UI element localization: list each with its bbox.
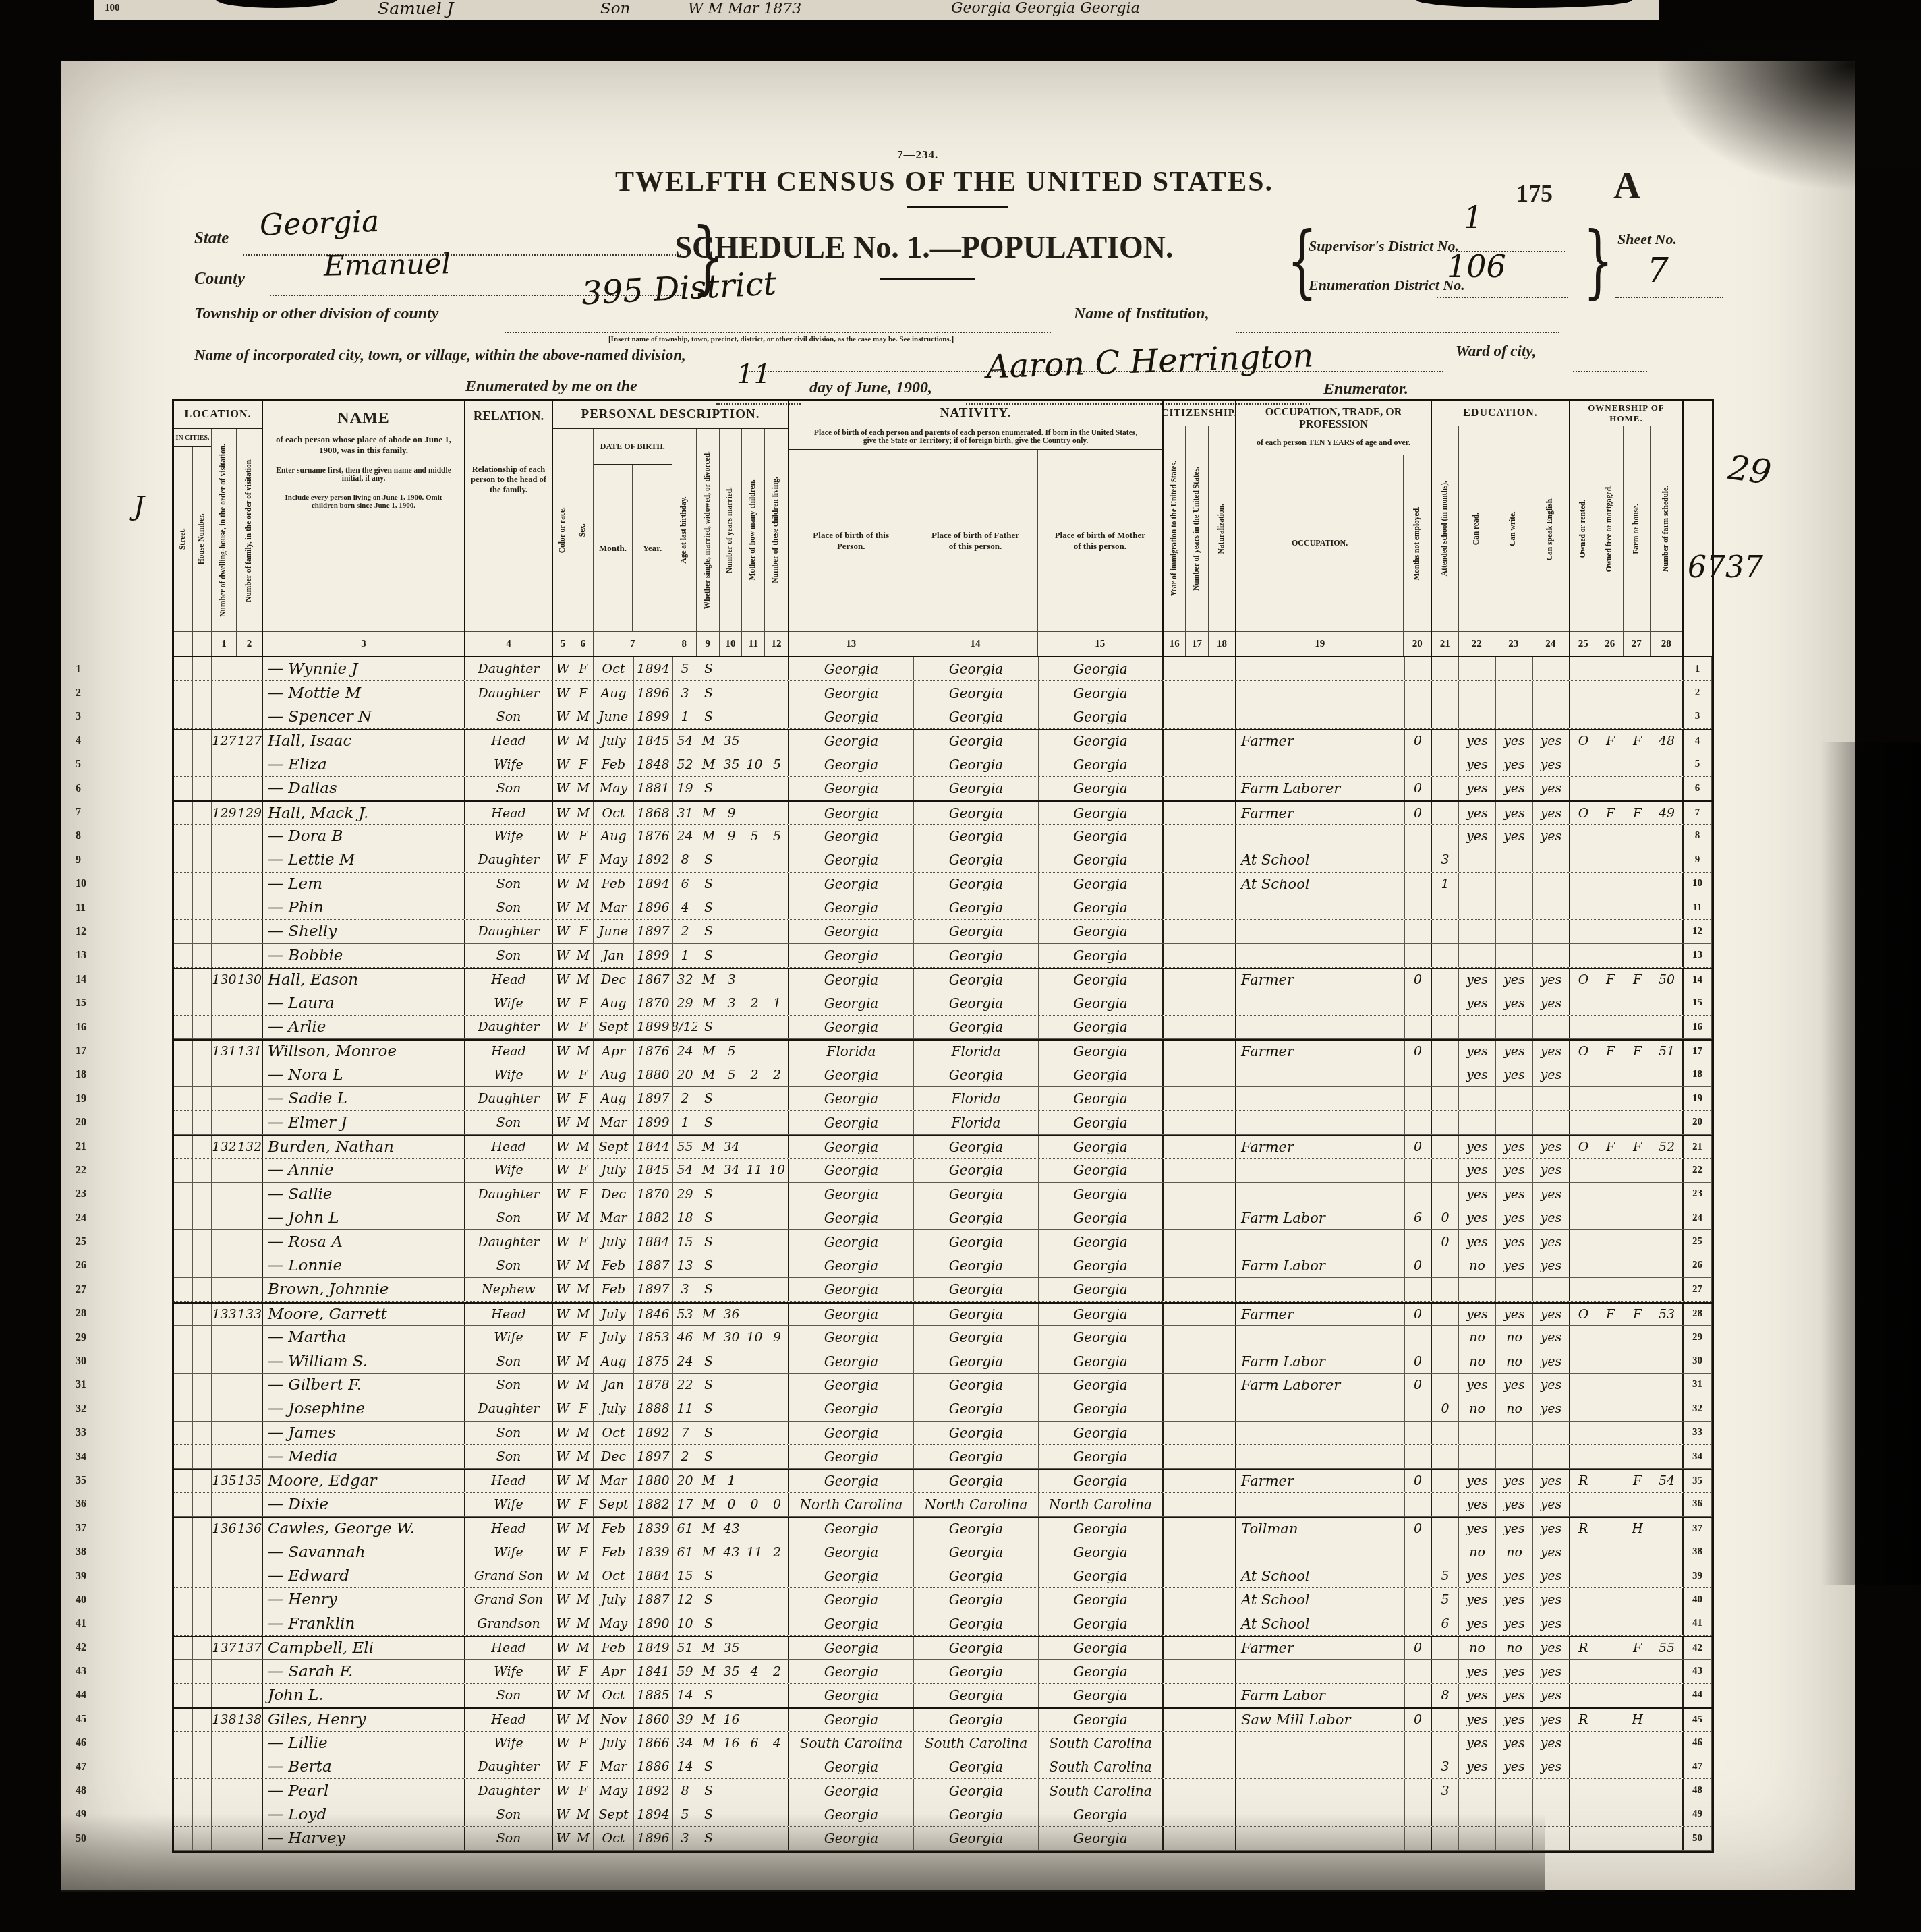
children-living: 2 <box>766 1660 789 1682</box>
naturalization <box>1209 1709 1236 1730</box>
naturalization <box>1209 1827 1236 1850</box>
farm-schedule: 49 <box>1651 802 1684 823</box>
table-row: 129129Hall, Mack J.HeadWMOct186831M9Geor… <box>174 800 1712 824</box>
sheet-label: Sheet No. <box>1617 231 1677 248</box>
home-owned-rented <box>1570 1016 1597 1038</box>
line-number: 48 <box>66 1779 154 1803</box>
free-or-mortgaged <box>1597 1326 1624 1349</box>
occupation <box>1236 657 1405 680</box>
farm-schedule <box>1651 1779 1684 1802</box>
table-row: — BobbieSonWMJan18991SGeorgiaGeorgiaGeor… <box>174 944 1712 968</box>
home-owned-rented <box>1570 1278 1597 1301</box>
can-read: yes <box>1459 1564 1496 1587</box>
mother-of-children <box>743 1445 766 1468</box>
col-number: 23 <box>1495 631 1531 656</box>
age: 31 <box>673 802 697 823</box>
can-read: yes <box>1459 753 1496 776</box>
marital-status: M <box>697 1470 720 1492</box>
birthplace: Georgia <box>789 1518 914 1540</box>
sex: M <box>573 1111 594 1134</box>
can-speak-english: yes <box>1533 1063 1570 1086</box>
attended-school <box>1432 1803 1459 1826</box>
line-number: 34 <box>66 1445 154 1469</box>
mother-birthplace: Georgia <box>1039 991 1164 1014</box>
attended-school: 3 <box>1432 1779 1459 1802</box>
birth-year: 1884 <box>634 1230 673 1253</box>
children-living: 1 <box>766 991 789 1014</box>
free-or-mortgaged <box>1597 1397 1624 1420</box>
mother-of-children <box>743 1349 766 1372</box>
can-speak-english <box>1533 1087 1570 1110</box>
mother-birthplace: Georgia <box>1039 681 1164 704</box>
marital-status: M <box>697 1540 720 1563</box>
col-naturalization: Naturalization. <box>1217 504 1226 554</box>
months-not-employed: 0 <box>1405 1349 1432 1372</box>
age: 20 <box>673 1063 697 1086</box>
age: 61 <box>673 1518 697 1540</box>
can-write: yes <box>1496 969 1533 991</box>
birth-year: 1886 <box>634 1755 673 1778</box>
house <box>193 1016 212 1038</box>
birthplace: Georgia <box>789 1016 914 1038</box>
months-not-employed: 0 <box>1405 1041 1432 1062</box>
farm-or-house: F <box>1624 1470 1651 1492</box>
can-read: yes <box>1459 1660 1496 1682</box>
months-not-employed: 0 <box>1405 1518 1432 1540</box>
birthplace: Georgia <box>789 1304 914 1325</box>
line-number: 7 <box>1684 802 1712 823</box>
mother-of-children <box>743 1470 766 1492</box>
dwelling-number <box>212 896 237 919</box>
line-number: 39 <box>66 1564 154 1588</box>
years-married <box>720 1230 743 1253</box>
birthplace: Georgia <box>789 753 914 776</box>
house <box>193 1588 212 1611</box>
birthplace: Georgia <box>789 1206 914 1229</box>
sex: M <box>573 1422 594 1444</box>
months-not-employed <box>1405 920 1432 943</box>
name: — Martha <box>263 1326 465 1349</box>
home-owned-rented <box>1570 1612 1597 1635</box>
birth-month: May <box>594 1779 634 1802</box>
dwelling-number <box>212 657 237 680</box>
immigration-year <box>1164 1374 1186 1397</box>
sex: F <box>573 1397 594 1420</box>
immigration-year <box>1164 1518 1186 1540</box>
rule <box>1437 297 1568 298</box>
farm-or-house <box>1624 1063 1651 1086</box>
months-not-employed <box>1405 825 1432 848</box>
can-speak-english: yes <box>1533 777 1570 800</box>
age: 39 <box>673 1709 697 1730</box>
age: 61 <box>673 1540 697 1563</box>
relation: Nephew <box>465 1278 553 1301</box>
house <box>193 1422 212 1444</box>
can-read: no <box>1459 1540 1496 1563</box>
birth-year: 1890 <box>634 1612 673 1635</box>
line-number: 37 <box>1684 1518 1712 1540</box>
name: — Phin <box>263 896 465 919</box>
table-row: — DallasSonWMMay188119SGeorgiaGeorgiaGeo… <box>174 777 1712 800</box>
mother-birthplace: Georgia <box>1039 1087 1164 1110</box>
col-farm-house: Farm or house. <box>1632 504 1641 554</box>
children-living <box>766 1254 789 1277</box>
can-read: yes <box>1459 1732 1496 1755</box>
color-race: W <box>553 1111 573 1134</box>
years-married <box>720 1755 743 1778</box>
farm-schedule: 53 <box>1651 1304 1684 1325</box>
mother-of-children <box>743 1709 766 1730</box>
years-in-us <box>1186 1326 1209 1349</box>
can-read <box>1459 944 1496 967</box>
line-number: 16 <box>66 1016 154 1039</box>
relation: Grandson <box>465 1612 553 1635</box>
birth-month: Jan <box>594 944 634 967</box>
census-title: TWELFTH CENSUS OF THE UNITED STATES. <box>472 166 1416 198</box>
farm-schedule: 48 <box>1651 730 1684 752</box>
age: 13 <box>673 1254 697 1277</box>
name: — James <box>263 1422 465 1444</box>
mother-of-children <box>743 1041 766 1062</box>
years-in-us <box>1186 1136 1209 1158</box>
city-label: Name of incorporated city, town, or vill… <box>194 347 686 364</box>
naturalization <box>1209 1397 1236 1420</box>
can-speak-english: yes <box>1533 1349 1570 1372</box>
months-not-employed <box>1405 681 1432 704</box>
can-write: no <box>1496 1540 1533 1563</box>
farm-schedule <box>1651 1016 1684 1038</box>
line-number: 21 <box>66 1135 154 1159</box>
can-speak-english: yes <box>1533 1304 1570 1325</box>
occupation: Farmer <box>1236 1304 1405 1325</box>
birth-month: Oct <box>594 802 634 823</box>
immigration-year <box>1164 1254 1186 1277</box>
table-row: — DixieWifeWFSept188217M000North Carolin… <box>174 1493 1712 1517</box>
birth-year: 1870 <box>634 1183 673 1206</box>
can-speak-english: yes <box>1533 1755 1570 1778</box>
naturalization <box>1209 896 1236 919</box>
years-married: 34 <box>720 1159 743 1181</box>
can-speak-english: yes <box>1533 825 1570 848</box>
relation: Son <box>465 705 553 728</box>
family-number <box>237 1016 263 1038</box>
mother-of-children <box>743 1422 766 1444</box>
family-number <box>237 1779 263 1802</box>
family-number <box>237 1063 263 1086</box>
birth-month: Feb <box>594 1254 634 1277</box>
table-row: — LoydSonWMSept18945SGeorgiaGeorgiaGeorg… <box>174 1803 1712 1827</box>
free-or-mortgaged <box>1597 1732 1624 1755</box>
can-speak-english: yes <box>1533 1540 1570 1563</box>
ink-blot <box>216 0 337 8</box>
years-in-us <box>1186 1637 1209 1659</box>
col-number: 10 <box>720 631 742 656</box>
birthplace: Georgia <box>789 802 914 823</box>
years-in-us <box>1186 1470 1209 1492</box>
home-owned-rented <box>1570 1254 1597 1277</box>
occupation-instructions: of each person TEN YEARS of age and over… <box>1243 438 1424 448</box>
line-number: 49 <box>66 1803 154 1827</box>
birth-month: Sept <box>594 1493 634 1516</box>
color-race: W <box>553 681 573 704</box>
mother-of-children <box>743 1564 766 1587</box>
years-married <box>720 1588 743 1611</box>
immigration-year <box>1164 991 1186 1014</box>
group-education: EDUCATION. Attended school (in months).2… <box>1432 401 1570 656</box>
marital-status: M <box>697 1326 720 1349</box>
sex: M <box>573 1612 594 1635</box>
children-living <box>766 1803 789 1826</box>
relation: Grand Son <box>465 1588 553 1611</box>
father-birthplace: Georgia <box>914 1304 1039 1325</box>
home-owned-rented <box>1570 825 1597 848</box>
street <box>174 1111 193 1134</box>
house <box>193 1732 212 1755</box>
immigration-year <box>1164 825 1186 848</box>
birth-month: Aug <box>594 1349 634 1372</box>
relation: Head <box>465 1304 553 1325</box>
family-number <box>237 991 263 1014</box>
immigration-year <box>1164 920 1186 943</box>
can-speak-english <box>1533 873 1570 896</box>
can-write: no <box>1496 1637 1533 1659</box>
mother-birthplace: Georgia <box>1039 1827 1164 1850</box>
occupation <box>1236 1827 1405 1850</box>
marital-status: M <box>697 1732 720 1755</box>
occupation: At School <box>1236 848 1405 871</box>
immigration-year <box>1164 1304 1186 1325</box>
attended-school <box>1432 657 1459 680</box>
col-number: 21 <box>1432 631 1458 656</box>
children-living: 9 <box>766 1326 789 1349</box>
dwelling-number <box>212 1755 237 1778</box>
birthplace: Georgia <box>789 920 914 943</box>
free-or-mortgaged <box>1597 1518 1624 1540</box>
home-owned-rented <box>1570 1660 1597 1682</box>
line-number: 31 <box>66 1374 154 1397</box>
age: 2 <box>673 920 697 943</box>
color-race: W <box>553 1041 573 1062</box>
can-write <box>1496 1827 1533 1850</box>
color-race: W <box>553 1159 573 1181</box>
can-read: yes <box>1459 1588 1496 1611</box>
can-read: no <box>1459 1397 1496 1420</box>
table-row: — SallieDaughterWFDec187029SGeorgiaGeorg… <box>174 1183 1712 1206</box>
can-speak-english: yes <box>1533 730 1570 752</box>
farm-or-house <box>1624 1087 1651 1110</box>
years-in-us <box>1186 753 1209 776</box>
line-number: 40 <box>1684 1588 1712 1611</box>
col-years-in-us: Number of years in the United States. <box>1193 467 1201 591</box>
county-label: County <box>194 270 245 289</box>
years-in-us <box>1186 848 1209 871</box>
occupation <box>1236 1111 1405 1134</box>
street <box>174 1087 193 1110</box>
mother-of-children <box>743 705 766 728</box>
line-number: 26 <box>66 1254 154 1278</box>
name: — Sallie <box>263 1183 465 1206</box>
line-number: 26 <box>1684 1254 1712 1277</box>
free-or-mortgaged <box>1597 1612 1624 1635</box>
marital-status: S <box>697 944 720 967</box>
age: 18 <box>673 1206 697 1229</box>
children-living <box>766 1374 789 1397</box>
birth-month: July <box>594 1304 634 1325</box>
street <box>174 1374 193 1397</box>
street <box>174 848 193 871</box>
immigration-year <box>1164 1349 1186 1372</box>
children-living <box>766 1041 789 1062</box>
naturalization <box>1209 969 1236 991</box>
house <box>193 825 212 848</box>
can-write: yes <box>1496 1588 1533 1611</box>
table-row: — BertaDaughterWFMar188614SGeorgiaGeorgi… <box>174 1755 1712 1779</box>
table-row: 131131Willson, MonroeHeadWMApr187624M5Fl… <box>174 1039 1712 1063</box>
age: 8 <box>673 1779 697 1802</box>
free-or-mortgaged <box>1597 1637 1624 1659</box>
birth-month: Oct <box>594 1564 634 1587</box>
can-write: yes <box>1496 802 1533 823</box>
can-read: yes <box>1459 1493 1496 1516</box>
free-or-mortgaged <box>1597 873 1624 896</box>
line-number: 35 <box>66 1469 154 1492</box>
dwelling-number <box>212 1254 237 1277</box>
attended-school: 5 <box>1432 1564 1459 1587</box>
color-race: W <box>553 825 573 848</box>
can-write: no <box>1496 1326 1533 1349</box>
home-owned-rented: O <box>1570 1041 1597 1062</box>
house <box>193 1326 212 1349</box>
can-read <box>1459 681 1496 704</box>
mother-of-children <box>743 848 766 871</box>
can-read: yes <box>1459 1612 1496 1635</box>
marital-status: S <box>697 1374 720 1397</box>
name: — Berta <box>263 1755 465 1778</box>
sex: M <box>573 873 594 896</box>
table-row: — JamesSonWMOct18927SGeorgiaGeorgiaGeorg… <box>174 1422 1712 1445</box>
can-write: yes <box>1496 1304 1533 1325</box>
line-number: 49 <box>1684 1803 1712 1826</box>
name: — Laura <box>263 991 465 1014</box>
name: — Nora L <box>263 1063 465 1086</box>
table-row: Brown, JohnnieNephewWMFeb18973SGeorgiaGe… <box>174 1278 1712 1301</box>
dwelling-number <box>212 1159 237 1181</box>
birthplace: Georgia <box>789 777 914 800</box>
occupation: At School <box>1236 1564 1405 1587</box>
mother-birthplace: Georgia <box>1039 657 1164 680</box>
birthplace: Georgia <box>789 1183 914 1206</box>
house <box>193 1470 212 1492</box>
mother-of-children <box>743 1803 766 1826</box>
dwelling-number <box>212 848 237 871</box>
farm-schedule <box>1651 1349 1684 1372</box>
relation: Head <box>465 802 553 823</box>
attended-school <box>1432 753 1459 776</box>
line-number: 44 <box>66 1684 154 1707</box>
name: Giles, Henry <box>263 1709 465 1730</box>
street <box>174 1349 193 1372</box>
name: — Rosa A <box>263 1230 465 1253</box>
can-write <box>1496 1422 1533 1444</box>
birth-month: Aug <box>594 991 634 1014</box>
dwelling-number <box>212 1063 237 1086</box>
attended-school <box>1432 1374 1459 1397</box>
mother-of-children <box>743 1136 766 1158</box>
line-number: 22 <box>1684 1159 1712 1181</box>
name: — Lonnie <box>263 1254 465 1277</box>
marital-status: S <box>697 1588 720 1611</box>
can-speak-english: yes <box>1533 753 1570 776</box>
can-write <box>1496 1803 1533 1826</box>
children-living <box>766 1709 789 1730</box>
home-owned-rented <box>1570 1374 1597 1397</box>
table-row: — Elmer JSonWMMar18991SGeorgiaFloridaGeo… <box>174 1111 1712 1134</box>
father-birthplace: Georgia <box>914 1827 1039 1850</box>
father-birthplace: Georgia <box>914 944 1039 967</box>
birth-year: 1882 <box>634 1206 673 1229</box>
can-read: yes <box>1459 1159 1496 1181</box>
name: — Elmer J <box>263 1111 465 1134</box>
house <box>193 1136 212 1158</box>
house <box>193 848 212 871</box>
birthplace: Georgia <box>789 944 914 967</box>
years-married <box>720 1206 743 1229</box>
birth-month: Mar <box>594 1111 634 1134</box>
relation: Grand Son <box>465 1564 553 1587</box>
marital-status: S <box>697 1254 720 1277</box>
months-not-employed <box>1405 1278 1432 1301</box>
relation: Son <box>465 1422 553 1444</box>
street <box>174 1732 193 1755</box>
farm-schedule <box>1651 1063 1684 1086</box>
relation: Son <box>465 1445 553 1468</box>
age: 14 <box>673 1755 697 1778</box>
years-in-us <box>1186 825 1209 848</box>
immigration-year <box>1164 1278 1186 1301</box>
farm-or-house: F <box>1624 802 1651 823</box>
attended-school <box>1432 920 1459 943</box>
age: 1 <box>673 1111 697 1134</box>
name: — Wynnie J <box>263 657 465 680</box>
mother-of-children: 2 <box>743 991 766 1014</box>
col-number: 14 <box>913 631 1037 656</box>
naturalization <box>1209 1183 1236 1206</box>
sex: M <box>573 1206 594 1229</box>
immigration-year <box>1164 705 1186 728</box>
mother-birthplace: Georgia <box>1039 1564 1164 1587</box>
line-number: 18 <box>66 1063 154 1087</box>
occupation <box>1236 1803 1405 1826</box>
birth-month: Feb <box>594 1540 634 1563</box>
months-not-employed <box>1405 1588 1432 1611</box>
line-number: 15 <box>1684 991 1712 1014</box>
line-number: 41 <box>66 1612 154 1636</box>
table-row: — PhinSonWMMar18964SGeorgiaGeorgiaGeorgi… <box>174 896 1712 920</box>
home-owned-rented <box>1570 1803 1597 1826</box>
years-married: 3 <box>720 991 743 1014</box>
farm-schedule <box>1651 1612 1684 1635</box>
dwelling-number <box>212 1564 237 1587</box>
children-living: 5 <box>766 825 789 848</box>
attended-school <box>1432 1063 1459 1086</box>
table-row: 130130Hall, EasonHeadWMDec186732M3Georgi… <box>174 968 1712 991</box>
color-race: W <box>553 944 573 967</box>
line-number: 13 <box>66 944 154 968</box>
years-in-us <box>1186 1564 1209 1587</box>
occupation: Farmer <box>1236 1470 1405 1492</box>
farm-schedule <box>1651 1518 1684 1540</box>
age: 54 <box>673 1159 697 1181</box>
